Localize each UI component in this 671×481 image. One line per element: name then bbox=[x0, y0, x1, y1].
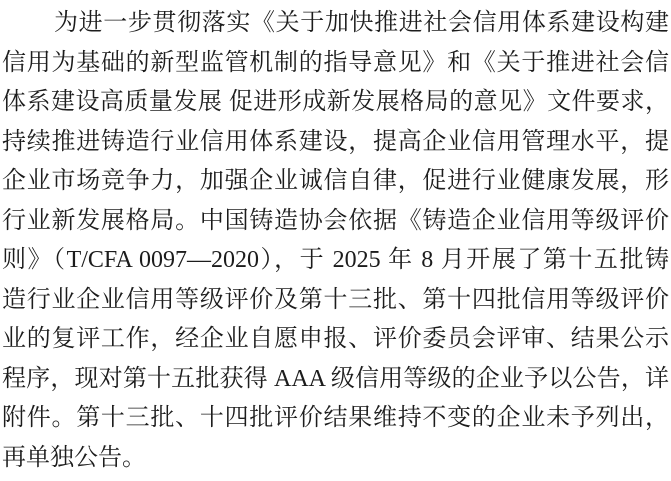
paragraph-line-10: 程序，现对第十五批获得 AAA 级信用等级的企业予以公告，详见 bbox=[2, 360, 669, 400]
paragraph-line-6: 行业新发展格局。中国铸造协会依据《铸造企业信用等级评价细 bbox=[2, 202, 669, 242]
paragraph-line-3: 体系建设高质量发展 促进形成新发展格局的意见》文件要求， bbox=[2, 83, 669, 123]
paragraph-line-2: 信用为基础的新型监管机制的指导意见》和《关于推进社会信用 bbox=[2, 44, 669, 84]
paragraph-line-7: 则》（T/CFA 0097—2020），于 2025 年 8 月开展了第十五批铸 bbox=[2, 241, 669, 281]
paragraph-line-9: 业的复评工作，经企业自愿申报、评价委员会评审、结果公示等 bbox=[2, 320, 669, 360]
paragraph-line-4: 持续推进铸造行业信用体系建设，提高企业信用管理水平，提升 bbox=[2, 123, 669, 163]
paragraph-line-1: 为进一步贯彻落实《关于加快推进社会信用体系建设构建以 bbox=[2, 4, 669, 44]
paragraph-line-8: 造行业企业信用等级评价及第十三批、第十四批信用等级评价企 bbox=[2, 281, 669, 321]
paragraph-line-11: 附件。第十三批、十四批评价结果维持不变的企业未予列出，不 bbox=[2, 399, 669, 439]
paragraph-line-12: 再单独公告。 bbox=[2, 439, 669, 479]
document-page: 为进一步贯彻落实《关于加快推进社会信用体系建设构建以 信用为基础的新型监管机制的… bbox=[0, 0, 671, 481]
paragraph-line-5: 企业市场竞争力，加强企业诚信自律，促进行业健康发展，形成 bbox=[2, 162, 669, 202]
